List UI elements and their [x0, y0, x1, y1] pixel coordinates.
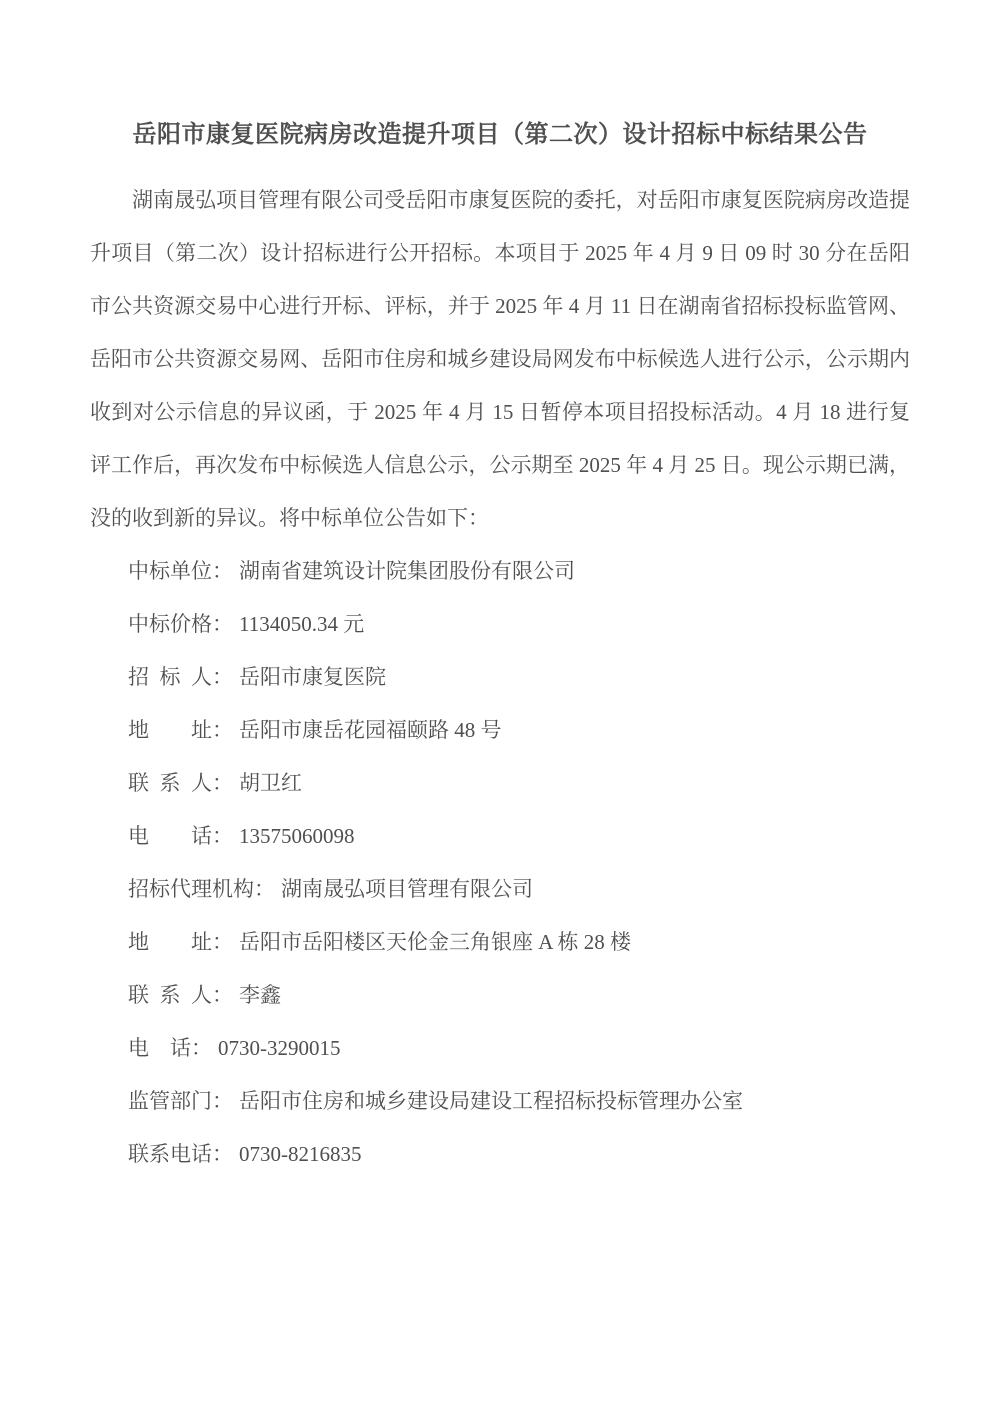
detail-label: 联系人	[128, 969, 212, 1022]
detail-label: 招标代理机构	[128, 863, 254, 916]
detail-row-agency-contact: 联系人：李鑫	[90, 969, 910, 1022]
detail-value: 岳阳市康岳花园福颐路 48 号	[239, 718, 502, 742]
detail-row-winner: 中标单位：湖南省建筑设计院集团股份有限公司	[90, 545, 910, 598]
detail-colon: ：	[212, 718, 233, 742]
detail-row-agency-address: 地址：岳阳市岳阳楼区天伦金三角银座 A 栋 28 楼	[90, 916, 910, 969]
page-title: 岳阳市康复医院病房改造提升项目（第二次）设计招标中标结果公告	[90, 118, 910, 152]
detail-row-tenderee-phone: 电话：13575060098	[90, 810, 910, 863]
detail-row-agency-phone: 电话：0730-3290015	[90, 1022, 910, 1075]
detail-colon: ：	[254, 877, 275, 901]
detail-label: 地址	[128, 704, 212, 757]
detail-label: 监管部门	[128, 1075, 212, 1128]
detail-label: 电话	[128, 810, 212, 863]
detail-value: 0730-3290015	[218, 1036, 341, 1060]
detail-value: 1134050.34 元	[239, 612, 364, 636]
detail-label: 电话	[128, 1022, 191, 1075]
detail-value: 湖南省建筑设计院集团股份有限公司	[239, 559, 575, 583]
detail-row-agency: 招标代理机构：湖南晟弘项目管理有限公司	[90, 863, 910, 916]
detail-row-supervisor-phone: 联系电话：0730-8216835	[90, 1128, 910, 1181]
detail-row-tenderee-contact: 联系人：胡卫红	[90, 757, 910, 810]
detail-list: 中标单位：湖南省建筑设计院集团股份有限公司 中标价格：1134050.34 元 …	[90, 545, 910, 1181]
detail-colon: ：	[212, 1142, 233, 1166]
detail-colon: ：	[212, 983, 233, 1007]
detail-colon: ：	[191, 1036, 212, 1060]
detail-value: 岳阳市住房和城乡建设局建设工程招标投标管理办公室	[239, 1089, 743, 1113]
detail-label: 招标人	[128, 651, 212, 704]
announcement-paragraph: 湖南晟弘项目管理有限公司受岳阳市康复医院的委托，对岳阳市康复医院病房改造提升项目…	[90, 174, 910, 545]
detail-label: 地址	[128, 916, 212, 969]
detail-row-tenderee-address: 地址：岳阳市康岳花园福颐路 48 号	[90, 704, 910, 757]
detail-label: 中标单位	[128, 545, 212, 598]
detail-label: 联系人	[128, 757, 212, 810]
detail-colon: ：	[212, 559, 233, 583]
detail-value: 0730-8216835	[239, 1142, 362, 1166]
detail-colon: ：	[212, 771, 233, 795]
detail-value: 岳阳市康复医院	[239, 665, 386, 689]
document-page: 岳阳市康复医院病房改造提升项目（第二次）设计招标中标结果公告 湖南晟弘项目管理有…	[0, 0, 1000, 1414]
detail-colon: ：	[212, 930, 233, 954]
detail-value: 胡卫红	[239, 771, 302, 795]
detail-colon: ：	[212, 1089, 233, 1113]
detail-colon: ：	[212, 612, 233, 636]
detail-colon: ：	[212, 665, 233, 689]
detail-value: 13575060098	[239, 824, 355, 848]
detail-label: 联系电话	[128, 1128, 212, 1181]
detail-row-price: 中标价格：1134050.34 元	[90, 598, 910, 651]
detail-value: 岳阳市岳阳楼区天伦金三角银座 A 栋 28 楼	[239, 930, 631, 954]
detail-row-supervisor: 监管部门：岳阳市住房和城乡建设局建设工程招标投标管理办公室	[90, 1075, 910, 1128]
detail-row-tenderee: 招标人：岳阳市康复医院	[90, 651, 910, 704]
detail-colon: ：	[212, 824, 233, 848]
detail-label: 中标价格	[128, 598, 212, 651]
detail-value: 李鑫	[239, 983, 281, 1007]
detail-value: 湖南晟弘项目管理有限公司	[281, 877, 533, 901]
